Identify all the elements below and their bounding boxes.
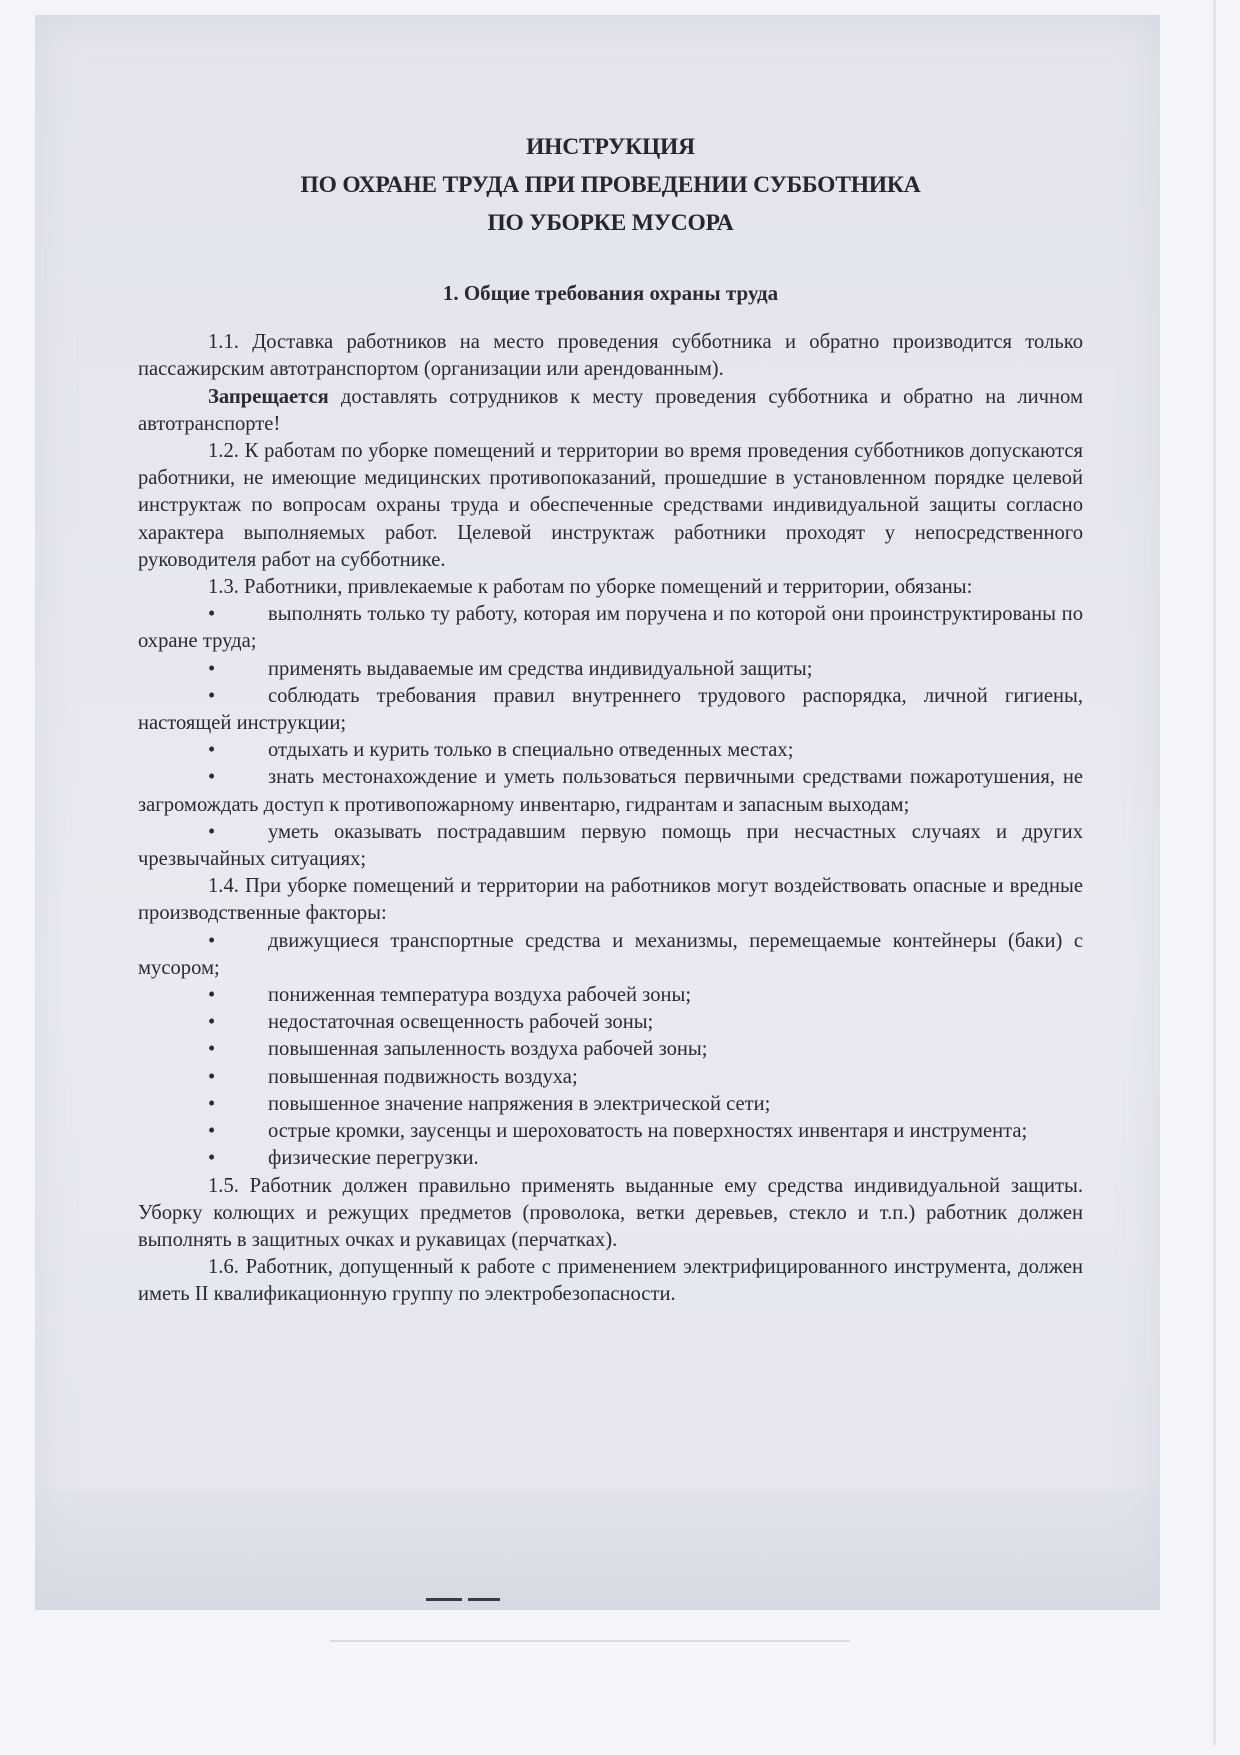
hazard-item: •физические перегрузки.: [138, 1145, 1083, 1172]
hazard-item: •повышенное значение напряжения в электр…: [138, 1091, 1083, 1118]
bullet-icon: •: [208, 656, 268, 683]
bullet-icon: •: [208, 737, 268, 764]
title-line-1: ИНСТРУКЦИЯ: [138, 128, 1083, 166]
duty-item: •соблюдать требования правил внутреннего…: [138, 683, 1083, 737]
title-line-2: ПО ОХРАНЕ ТРУДА ПРИ ПРОВЕДЕНИИ СУББОТНИК…: [138, 166, 1083, 204]
faint-bleedthrough: [330, 1640, 850, 1642]
bullet-icon: •: [208, 1091, 268, 1118]
duty-item: •выполнять только ту работу, которая им …: [138, 601, 1083, 655]
bullet-icon: •: [208, 982, 268, 1009]
paragraph-1-2: 1.2. К работам по уборке помещений и тер…: [138, 438, 1083, 574]
bullet-icon: •: [208, 1036, 268, 1063]
bullet-icon: •: [208, 1145, 268, 1172]
bullet-icon: •: [208, 601, 268, 628]
duty-item: •уметь оказывать пострадавшим первую пом…: [138, 819, 1083, 873]
section-heading: 1. Общие требования охраны труда: [138, 280, 1083, 307]
warning-bold: Запрещается: [208, 386, 329, 408]
paragraph-1-1: 1.1. Доставка работников на место провед…: [138, 329, 1083, 383]
bullet-icon: •: [208, 683, 268, 710]
duty-item: •знать местонахождение и уметь пользоват…: [138, 764, 1083, 818]
document-body: ИНСТРУКЦИЯ ПО ОХРАНЕ ТРУДА ПРИ ПРОВЕДЕНИ…: [138, 128, 1083, 1309]
hazard-item: •движущиеся транспортные средства и меха…: [138, 928, 1083, 982]
bullet-icon: •: [208, 1118, 268, 1145]
title-line-3: ПО УБОРКЕ МУСОРА: [138, 204, 1083, 242]
paragraph-1-3: 1.3. Работники, привлекаемые к работам п…: [138, 574, 1083, 601]
scan-mark: [468, 1598, 500, 1601]
hazard-item: •пониженная температура воздуха рабочей …: [138, 982, 1083, 1009]
duty-item: •применять выдаваемые им средства индиви…: [138, 656, 1083, 683]
document-title: ИНСТРУКЦИЯ ПО ОХРАНЕ ТРУДА ПРИ ПРОВЕДЕНИ…: [138, 128, 1083, 242]
bullet-icon: •: [208, 928, 268, 955]
bullet-icon: •: [208, 764, 268, 791]
hazard-item: •острые кромки, заусенцы и шероховатость…: [138, 1118, 1083, 1145]
scanned-page: ИНСТРУКЦИЯ ПО ОХРАНЕ ТРУДА ПРИ ПРОВЕДЕНИ…: [0, 0, 1240, 1755]
bullet-icon: •: [208, 1064, 268, 1091]
scan-mark: [426, 1598, 462, 1601]
hazard-item: •недостаточная освещенность рабочей зоны…: [138, 1009, 1083, 1036]
paragraph-1-5: 1.5. Работник должен правильно применять…: [138, 1173, 1083, 1255]
warning-paragraph: Запрещается доставлять сотрудников к мес…: [138, 384, 1083, 438]
bullet-icon: •: [208, 819, 268, 846]
paragraph-1-4: 1.4. При уборке помещений и территории н…: [138, 873, 1083, 927]
hazard-item: •повышенная подвижность воздуха;: [138, 1064, 1083, 1091]
hazard-item: •повышенная запыленность воздуха рабочей…: [138, 1036, 1083, 1063]
duty-item: •отдыхать и курить только в специально о…: [138, 737, 1083, 764]
paragraph-1-6: 1.6. Работник, допущенный к работе с при…: [138, 1254, 1083, 1308]
bullet-icon: •: [208, 1009, 268, 1036]
page-edge: [1213, 0, 1216, 1745]
